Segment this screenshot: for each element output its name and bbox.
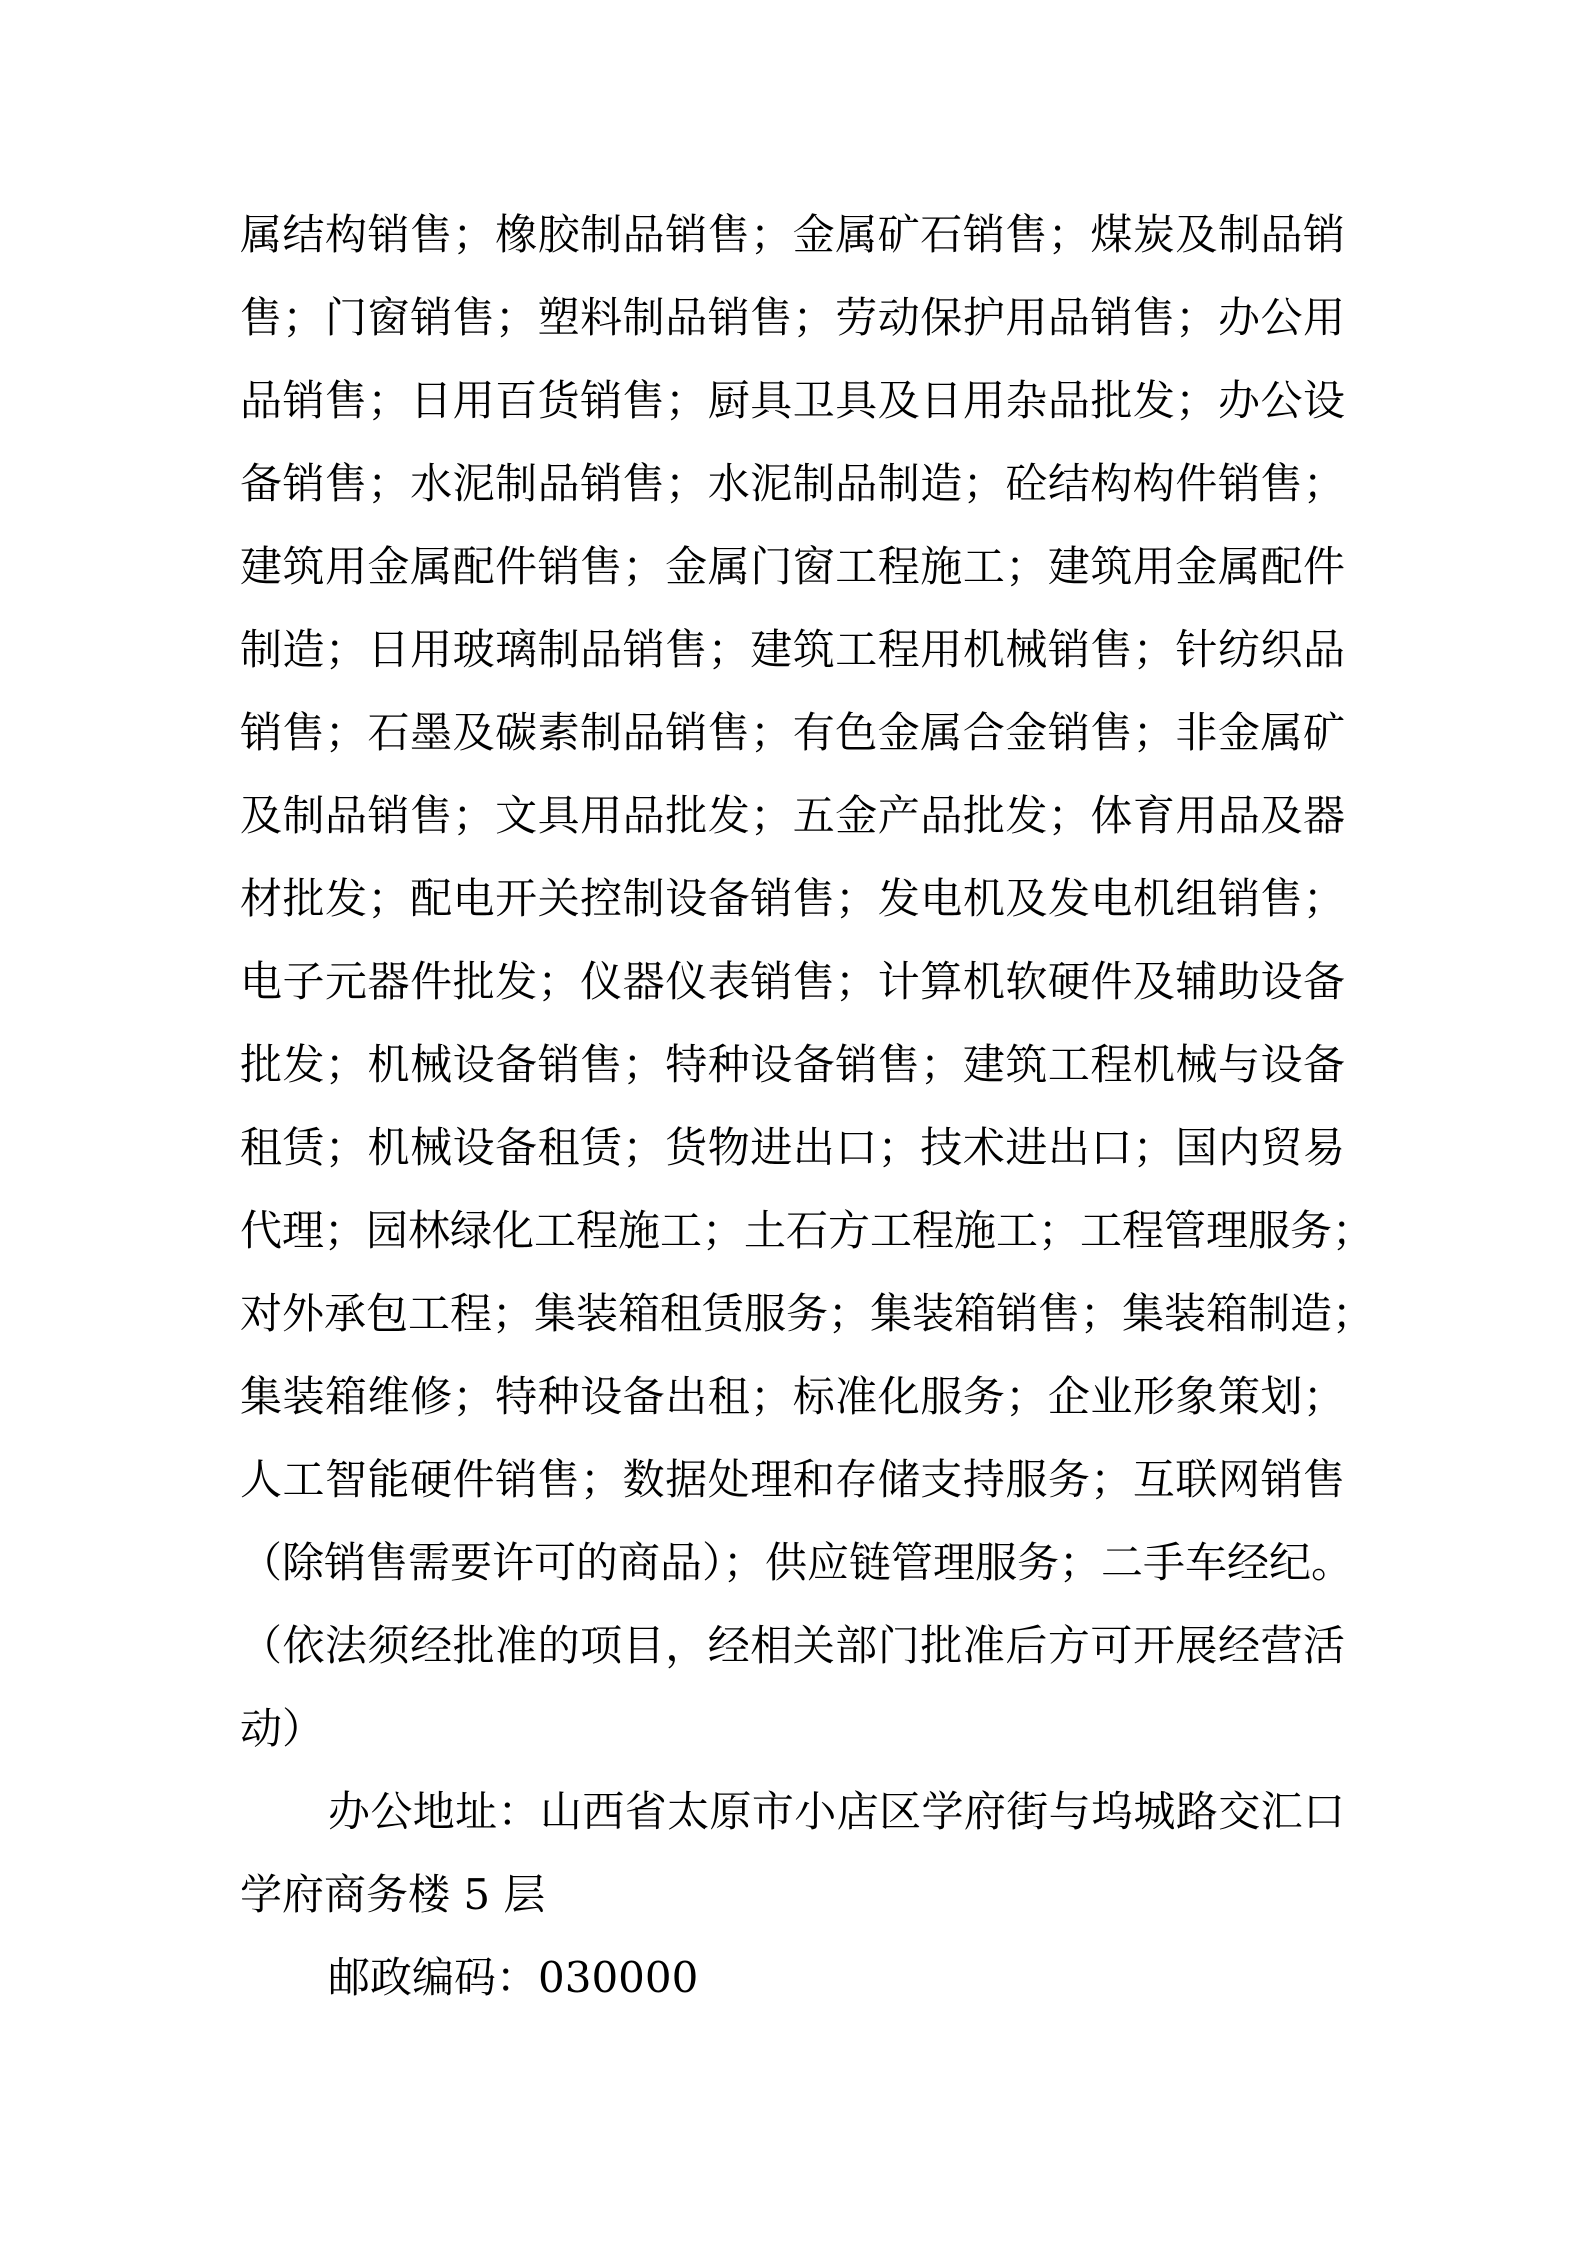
text-line: 邮政编码：030000 bbox=[240, 1936, 1345, 2019]
text-line: 属结构销售；橡胶制品销售；金属矿石销售；煤炭及制品销 bbox=[240, 193, 1345, 276]
text-line: （除销售需要许可的商品）；供应链管理服务；二手车经纪。 bbox=[240, 1521, 1345, 1604]
text-line: 及制品销售；文具用品批发；五金产品批发；体育用品及器 bbox=[240, 774, 1345, 857]
text-line: 租赁；机械设备租赁；货物进出口；技术进出口；国内贸易 bbox=[240, 1106, 1345, 1189]
document-text-block: 属结构销售；橡胶制品销售；金属矿石销售；煤炭及制品销售；门窗销售；塑料制品销售；… bbox=[240, 193, 1345, 2019]
document-page: 属结构销售；橡胶制品销售；金属矿石销售；煤炭及制品销售；门窗销售；塑料制品销售；… bbox=[0, 0, 1587, 2245]
text-line: 集装箱维修；特种设备出租；标准化服务；企业形象策划； bbox=[240, 1355, 1345, 1438]
text-line: 批发；机械设备销售；特种设备销售；建筑工程机械与设备 bbox=[240, 1023, 1345, 1106]
text-line: （依法须经批准的项目，经相关部门批准后方可开展经营活 bbox=[240, 1604, 1345, 1687]
text-line: 建筑用金属配件销售；金属门窗工程施工；建筑用金属配件 bbox=[240, 525, 1345, 608]
text-line: 售；门窗销售；塑料制品销售；劳动保护用品销售；办公用 bbox=[240, 276, 1345, 359]
text-line: 销售；石墨及碳素制品销售；有色金属合金销售；非金属矿 bbox=[240, 691, 1345, 774]
text-line: 学府商务楼 5 层 bbox=[240, 1853, 1345, 1936]
text-line: 办公地址：山西省太原市小店区学府街与坞城路交汇口 bbox=[240, 1770, 1345, 1853]
text-line: 材批发；配电开关控制设备销售；发电机及发电机组销售； bbox=[240, 857, 1345, 940]
text-line: 对外承包工程；集装箱租赁服务；集装箱销售；集装箱制造； bbox=[240, 1272, 1345, 1355]
text-line: 电子元器件批发；仪器仪表销售；计算机软硬件及辅助设备 bbox=[240, 940, 1345, 1023]
text-line: 动） bbox=[240, 1687, 1345, 1770]
text-line: 制造；日用玻璃制品销售；建筑工程用机械销售；针纺织品 bbox=[240, 608, 1345, 691]
text-line: 代理；园林绿化工程施工；土石方工程施工；工程管理服务； bbox=[240, 1189, 1345, 1272]
text-line: 人工智能硬件销售；数据处理和存储支持服务；互联网销售 bbox=[240, 1438, 1345, 1521]
text-line: 备销售；水泥制品销售；水泥制品制造；砼结构构件销售； bbox=[240, 442, 1345, 525]
text-line: 品销售；日用百货销售；厨具卫具及日用杂品批发；办公设 bbox=[240, 359, 1345, 442]
